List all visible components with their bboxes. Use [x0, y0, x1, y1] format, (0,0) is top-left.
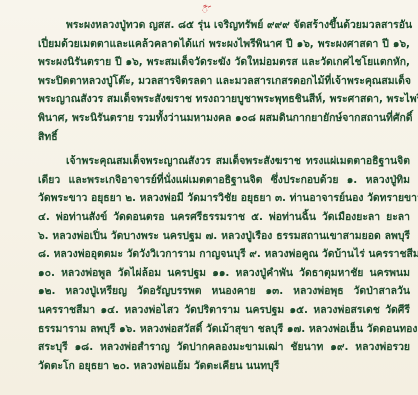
- text-line: พระผงนิรันตราย ปี ๑๖, พระสมเด็จวัดระฆัง …: [8, 53, 410, 72]
- text-line: วัดพระขาว อยุธยา ๒. หลวงพ่อมี วัดมารวิชั…: [8, 189, 410, 208]
- text-line: พินาศ, พระนิรันตราย รวมทั้งว่านมหามงคล ๑…: [8, 109, 410, 128]
- text-line: สระบุรี ๑๘. หลวงพ่อสำราญ วัดปากคลองมะขาม…: [8, 338, 410, 357]
- document-page: ᯯ ᯯ ᯯ พระผงหลวงปู่ทวด ญสส. ๘๕ รุ่น เจริญ…: [0, 0, 418, 395]
- text-line: พระปิดตาหลวงปู่โต๊ะ, มวลสารจิตรลดา และมว…: [8, 72, 410, 91]
- text-line: ธรรมาราม ลพบุรี ๑๖. หลวงพ่อสวัสดิ์ วัดเม…: [8, 320, 410, 339]
- text-line: ๑๐. หลวงพ่อพูล วัดไผ่ล้อม นครปฐม ๑๑. หลว…: [8, 264, 410, 283]
- text-line: ๘. หลวงพ่ออุตตมะ วัดวังวิเวการาม กาญจนบุ…: [8, 245, 410, 264]
- text-line: วัดตะโก อยุธยา ๒๐. หลวงพ่อแย้ม วัดตะเคีย…: [8, 357, 410, 376]
- paragraph-amulet-materials: พระผงหลวงปู่ทวด ญสส. ๘๕ รุ่น เจริญทรัพย์…: [8, 16, 410, 146]
- text-line: เดียว และพระเกจิอาจารย์ที่นั่งแผ่เมตตาอธ…: [8, 171, 410, 190]
- paragraph-blessing-monks: เจ้าพระคุณสมเด็จพระญาณสังวร สมเด็จพระสัง…: [8, 152, 410, 375]
- text-line: สิทธิ์: [8, 128, 410, 147]
- text-line: เปี่ยมด้วยเมตตาและแคล้วคลาดได้แก่ พระผงไ…: [8, 35, 410, 54]
- text-line: พระญาณสังวร สมเด็จพระสังฆราช ทรงถวายบูชา…: [8, 90, 410, 109]
- text-line: พระผงหลวงปู่ทวด ญสส. ๘๕ รุ่น เจริญทรัพย์…: [8, 16, 410, 35]
- text-line: ๔. พ่อท่านสังข์ วัดดอนตรอ นครศรีธรรมราช …: [8, 208, 410, 227]
- document-body: พระผงหลวงปู่ทวด ญสส. ๘๕ รุ่น เจริญทรัพย์…: [8, 16, 410, 375]
- text-line: ๑๒. หลวงปู่เหรียญ วัดอรัญบรรพต หนองคาย ๑…: [8, 282, 410, 301]
- text-line: ๖. หลวงพ่อเปิ่น วัดบางพระ นครปฐม ๗. หลวง…: [8, 227, 410, 246]
- text-line: เจ้าพระคุณสมเด็จพระญาณสังวร สมเด็จพระสัง…: [8, 152, 410, 171]
- text-line: นครราชสีมา ๑๔. หลวงพ่อไสว วัดปริตาราม นค…: [8, 301, 410, 320]
